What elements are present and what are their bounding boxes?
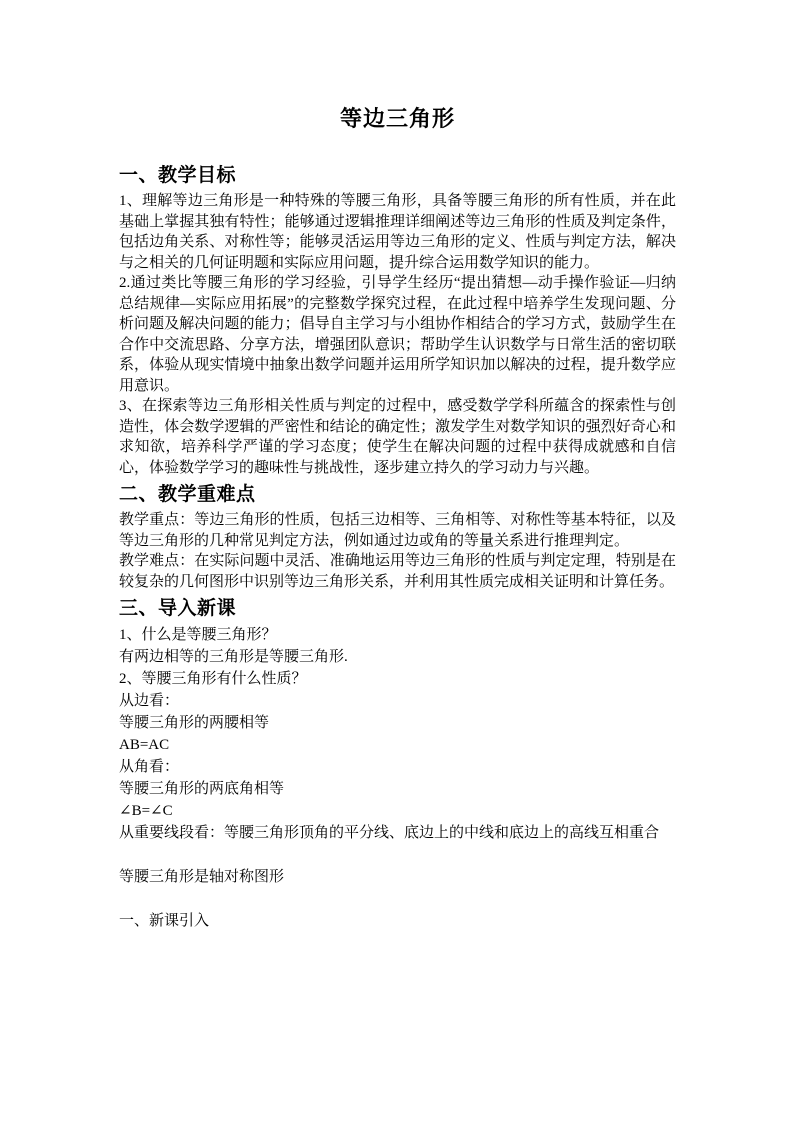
property-axial-symmetry: 等腰三角形是轴对称图形 [119, 866, 676, 888]
objective-paragraph-3: 3、在探索等边三角形相关性质与判定的过程中，感受数学学科所蕴含的探索性与创造性，… [119, 396, 676, 478]
section-teaching-objectives: 一、教学目标 1、理解等边三角形是一种特殊的等腰三角形，具备等腰三角形的所有性质… [119, 161, 676, 478]
section-lesson-lead-in: 三、导入新课 1、什么是等腰三角形？ 有两边相等的三角形是等腰三角形. 2、等腰… [119, 594, 676, 932]
document-page: 等边三角形 一、教学目标 1、理解等边三角形是一种特殊的等腰三角形，具备等腰三角… [0, 0, 794, 1123]
from-sides-label: 从边看： [119, 690, 676, 712]
blank-line [119, 844, 676, 866]
equation-angle-b-equals-angle-c: ∠B=∠C [119, 800, 676, 822]
document-title: 等边三角形 [119, 103, 676, 135]
property-equal-base-angles: 等腰三角形的两底角相等 [119, 778, 676, 800]
heading-key-difficult-points: 二、教学重难点 [119, 480, 676, 510]
equation-ab-equals-ac: AB=AC [119, 734, 676, 756]
property-equal-legs: 等腰三角形的两腰相等 [119, 712, 676, 734]
new-lesson-intro-label: 一、新课引入 [119, 910, 676, 932]
lead-in-answer-1: 有两边相等的三角形是等腰三角形. [119, 646, 676, 668]
from-angles-label: 从角看： [119, 756, 676, 778]
objective-paragraph-2: 2.通过类比等腰三角形的学习经验，引导学生经历“提出猜想—动手操作验证—归纳总结… [119, 273, 676, 396]
lead-in-question-2: 2、等腰三角形有什么性质？ [119, 668, 676, 690]
teaching-key-point-paragraph: 教学重点：等边三角形的性质，包括三边相等、三角相等、对称性等基本特征，以及等边三… [119, 510, 676, 551]
teaching-difficult-point-paragraph: 教学难点：在实际问题中灵活、准确地运用等边三角形的性质与判定定理，特别是在较复杂… [119, 551, 676, 592]
heading-lesson-lead-in: 三、导入新课 [119, 594, 676, 624]
lead-in-question-1: 1、什么是等腰三角形？ [119, 624, 676, 646]
property-important-segments: 从重要线段看：等腰三角形顶角的平分线、底边上的中线和底边上的高线互相重合 [119, 822, 676, 844]
blank-line [119, 888, 676, 910]
objective-paragraph-1: 1、理解等边三角形是一种特殊的等腰三角形，具备等腰三角形的所有性质，并在此基础上… [119, 191, 676, 273]
heading-teaching-objectives: 一、教学目标 [119, 161, 676, 191]
section-key-difficult-points: 二、教学重难点 教学重点：等边三角形的性质，包括三边相等、三角相等、对称性等基本… [119, 480, 676, 592]
